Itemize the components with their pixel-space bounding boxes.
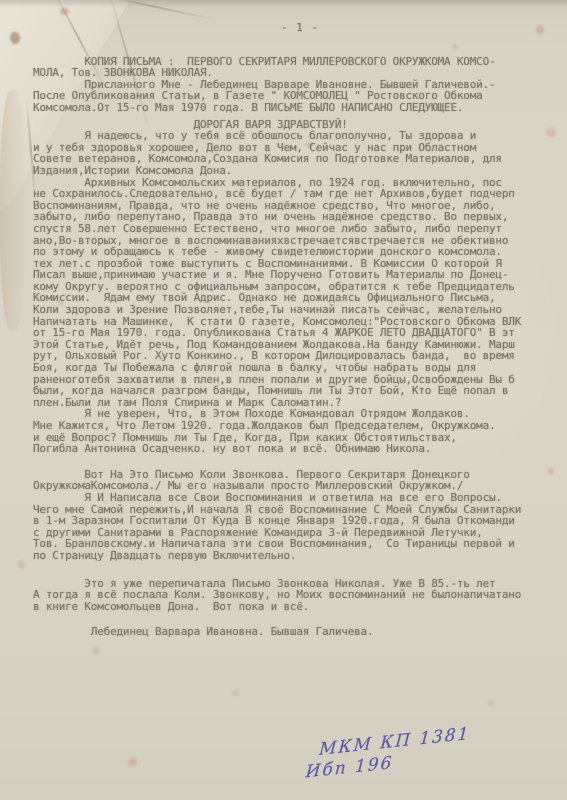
stain-spot	[92, 648, 100, 655]
block-copy-heading: КОПИЯ ПИСЬМА : ПЕРВОГО СЕКРИТАРЯ МИЛЛЕРО…	[33, 56, 567, 114]
typewritten-text-column: - 1 - КОПИЯ ПИСЬМА : ПЕРВОГО СЕКРИТАРЯ М…	[33, 22, 567, 638]
stain-spot	[10, 32, 20, 44]
text-line: по этому и обращаюсь к тебе - живому сви…	[33, 246, 567, 258]
stain-spot	[18, 560, 25, 569]
text-line: в книге Комсомольцев Дона. Вот пока и вс…	[33, 601, 567, 613]
block-reply-intro: Вот На Это Письмо Коли Звонкова. Первого…	[33, 469, 567, 562]
paper-edge-shadow	[0, 0, 567, 8]
block-letter-body: Я надеюсь, что у тебя всё обошлось благо…	[33, 130, 567, 455]
letter-body: КОПИЯ ПИСЬМА : ПЕРВОГО СЕКРИТАРЯ МИЛЛЕРО…	[33, 56, 567, 638]
text-line: по Страницу Двадцать первую Включительно…	[33, 550, 567, 562]
stain-spot	[232, 690, 239, 696]
text-line: Я И Написала все Свои Воспоминания и отв…	[33, 492, 567, 504]
text-line: Коли здорова и Зрение Позволяет,тебе,Ты …	[33, 304, 567, 316]
text-line: спустя 58.лет Совершенно Естествено, что…	[33, 223, 567, 235]
text-line: в 1-м Заразном Госпитали От Куда В конце…	[33, 515, 567, 527]
text-line: А тогда я всё послала Коли. Звонкову, но…	[33, 589, 567, 601]
text-line: Издания,Истории Комсомола Дона.	[33, 165, 567, 177]
text-line: Мне Кажится, Что Летом 1920. года.Жолдак…	[33, 420, 567, 432]
text-line: Боя, когда Ты Побежала с флягой пошла в …	[33, 362, 567, 374]
text-line: не Сохранилось.Следовательно, всё будет …	[33, 188, 567, 200]
text-line: Лебединец Варвара Ивановна. Бывшая Галич…	[33, 626, 567, 638]
stain-spot	[488, 700, 494, 706]
text-line: Я надеюсь, что у тебя всё обошлось благо…	[33, 130, 567, 142]
handwritten-inventory-note: МКМ КП 1381 Ибп 196	[317, 724, 471, 782]
scanned-letter-page: - 1 - КОПИЯ ПИСЬМА : ПЕРВОГО СЕКРИТАРЯ М…	[0, 0, 567, 800]
paper-stain-smudge	[0, 90, 26, 330]
stain-spot	[60, 8, 69, 15]
page-number: - 1 -	[33, 22, 567, 34]
block-signature: Лебединец Варвара Ивановна. Бывшая Галич…	[33, 626, 567, 638]
stain-spot	[128, 758, 137, 766]
block-retyped: Это я уже перепичатала Письмо Звонкова Н…	[33, 578, 567, 613]
text-line: Комсомола.От 15-го Мая 1970 года. В ПИСЬ…	[33, 102, 567, 114]
text-line: Погибла Антонина Осадченко. ну вот пока …	[33, 443, 567, 455]
